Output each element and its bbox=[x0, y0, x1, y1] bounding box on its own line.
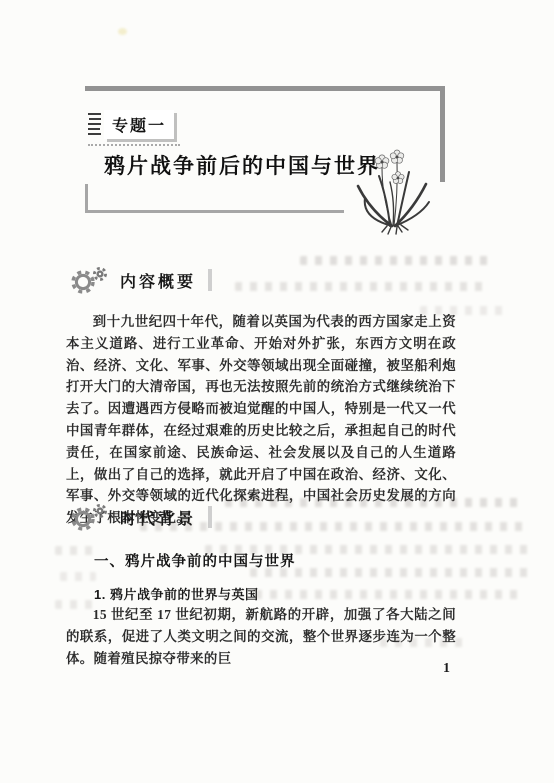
narcissus-illustration bbox=[352, 146, 434, 238]
gears-icon bbox=[68, 265, 110, 295]
bleed-through-artifact bbox=[60, 572, 96, 581]
section-heading-overview: 内容概要 bbox=[68, 265, 212, 295]
bleed-through-artifact bbox=[300, 256, 490, 265]
background-paragraph: 15 世纪至 17 世纪初期，新航路的开辟，加强了各大陆之间的联系，促进了人类文… bbox=[66, 604, 456, 669]
header-frame-left bbox=[85, 184, 88, 213]
bleed-through-artifact bbox=[55, 546, 97, 555]
topic-badge: 专题一 bbox=[104, 110, 174, 139]
bleed-through-artifact bbox=[55, 600, 97, 609]
bleed-through-artifact bbox=[380, 638, 465, 647]
bleed-through-artifact bbox=[225, 498, 525, 507]
bleed-through-artifact bbox=[255, 590, 525, 599]
header-frame-right bbox=[440, 86, 445, 182]
subsection-level2-heading: 1. 鸦片战争前的世界与英国 bbox=[94, 584, 258, 603]
bleed-through-artifact bbox=[250, 568, 535, 577]
heading-accent-bar bbox=[208, 269, 212, 291]
bleed-through-artifact bbox=[140, 522, 530, 531]
overview-paragraph: 到十九世纪四十年代，随着以英国为代表的西方国家走上资本主义道路、进行工业革命、开… bbox=[66, 311, 456, 529]
scan-speck-artifact bbox=[118, 28, 127, 35]
topic-badge-label: 专题一 bbox=[112, 113, 166, 136]
gears-icon bbox=[68, 502, 110, 532]
badge-dotted-underline bbox=[88, 144, 180, 146]
header-frame-bottom bbox=[85, 210, 344, 213]
chapter-title: 鸦片战争前后的中国与世界 bbox=[104, 150, 380, 180]
book-page: 专题一 鸦片战争前后的中国与世界 bbox=[0, 0, 554, 783]
page-number: 1 bbox=[443, 661, 450, 677]
section-heading-label: 内容概要 bbox=[120, 269, 196, 292]
bleed-through-artifact bbox=[235, 282, 485, 291]
list-lines-icon bbox=[88, 113, 101, 135]
bleed-through-artifact bbox=[420, 306, 505, 315]
bleed-through-artifact bbox=[205, 545, 535, 554]
header-frame-top bbox=[85, 86, 445, 91]
